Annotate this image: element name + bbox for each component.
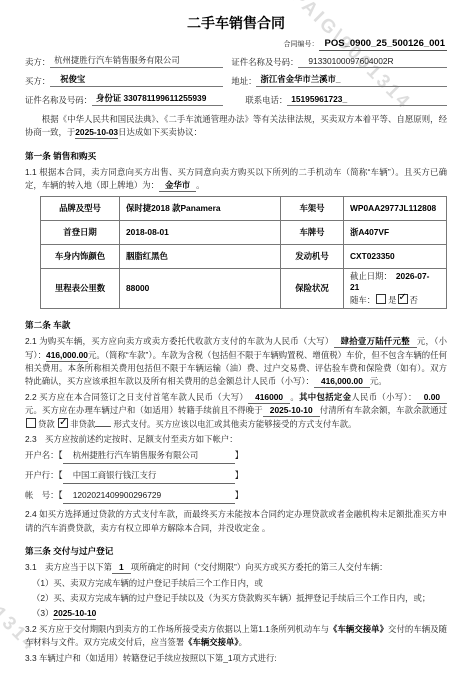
plate-number-value: 浙A407VF bbox=[344, 220, 447, 244]
checkbox-loan bbox=[26, 418, 36, 428]
account-bank-value: 中国工商银行钱江支行 bbox=[63, 468, 235, 484]
engine-number-value: CXT023350 bbox=[344, 244, 447, 268]
buyer-id-value: 身份证 330781199611255939 bbox=[92, 92, 223, 106]
deposit-bold-text: 其中包括定金 bbox=[299, 392, 351, 402]
form-row-3: 证件名称及号码： 身份证 330781199611255939 联系电话： 15… bbox=[25, 92, 447, 106]
account-name-value: 杭州捷胜行汽车销售服务有限公司 bbox=[63, 448, 235, 464]
clause-3-2-text-c: 。 bbox=[239, 637, 247, 647]
deposit-amount: 0.00 bbox=[417, 392, 447, 404]
first-payment-amount: 416000 bbox=[248, 392, 290, 404]
clause-2-2-text-e: 付清所有车款余额，车款余款通过 bbox=[320, 405, 447, 415]
account-bank-label: 开户行： bbox=[25, 470, 59, 480]
bracket-icon: 】 bbox=[235, 490, 243, 500]
bracket-icon: 】 bbox=[235, 450, 243, 460]
seller-id-value: 91330100097604002R bbox=[298, 56, 447, 68]
clause-3-2: 3.2 买方应于交付期限内到卖方的工作场所接受卖方依据以上第1.1条所列机动车与… bbox=[25, 623, 447, 650]
non-loan-option-label: 非贷款 bbox=[70, 419, 95, 429]
checkbox-insurance-yes bbox=[376, 294, 386, 304]
table-row: 车身内饰颜色 胭脂红黑色 发动机号 CXT023350 bbox=[41, 244, 447, 268]
delivery-option-number: 1 bbox=[112, 562, 131, 574]
price-in-words: 肆拾壹万陆仟元整 bbox=[334, 336, 417, 348]
delivery-option-2: （2）买、卖双方完成车辆的过户登记手续以及（为买方贷款购买车辆）抵押登记手续后三… bbox=[25, 592, 447, 605]
preamble: 根据《中华人民共和国民法典》、《二手车流通管理办法》等有关法律法规，买卖双方本着… bbox=[25, 113, 447, 140]
clause-3-3: 3.3 车辆过户和（如适用）转籍登记手续应按照以下第_1项方式进行: bbox=[25, 652, 447, 665]
clause-2-2: 2.2 买方应在本合同签订之日支付首笔车款人民币（大写）416000。其中包括定… bbox=[25, 391, 447, 431]
seller-id-label: 证件名称及号码： bbox=[231, 56, 298, 68]
clause-1-1-end: 。 bbox=[196, 180, 204, 190]
clause-2-2-text-f: 形式支付。买方应该以电汇或其他卖方能够接受的方式支付车款。 bbox=[114, 419, 357, 429]
vehicle-info-table: 品牌及型号 保时捷2018 款Panamera 车架号 WP0AA2977JL1… bbox=[40, 196, 447, 310]
clause-3-1-text-b: 项所确定的时间（“交付期限”）向买方或买方委托的第三人交付车辆： bbox=[131, 562, 388, 572]
clause-2-1: 2.1 为购买车辆，买方应向卖方或卖方委托代收款方支付的车款为人民币（大写）肆拾… bbox=[25, 335, 447, 389]
account-bank-line: 开户行：【中国工商银行钱江支行】 bbox=[25, 468, 447, 484]
contract-number: 合同编号：POS_0900_25_500126_001 bbox=[25, 38, 447, 49]
buyer-id-label: 证件名称及号码： bbox=[25, 94, 92, 106]
brand-model-value: 保时捷2018 款Panamera bbox=[120, 196, 281, 220]
handover-doc-name: 《车辆交接单》 bbox=[329, 624, 388, 634]
clause-3-1-text-a: 3.1 卖方应当于以下第 bbox=[25, 562, 112, 572]
handover-doc-name: 《车辆交接单》 bbox=[184, 637, 238, 647]
plate-number-label: 车牌号 bbox=[281, 220, 344, 244]
buyer-label: 买方： bbox=[25, 75, 50, 87]
blank-line bbox=[95, 418, 111, 427]
seller-value: 杭州捷胜行汽车销售服务有限公司 bbox=[50, 54, 223, 68]
clause-2-4: 2.4 如买方选择通过贷款的方式支付车款，而最终买方未能按本合同约定办理贷款或者… bbox=[25, 508, 447, 535]
agreement-date: 2025-10-03 bbox=[75, 127, 118, 139]
insurance-no-label: 否 bbox=[410, 295, 418, 305]
clause-1-1-text: 1.1 根据本合同，卖方同意向买方出售、买方同意向卖方购买以下所列的二手机动车（… bbox=[25, 167, 447, 190]
contract-page: PAIG\9001314 PAIG\9001314 二手车销售合同 合同编号：P… bbox=[0, 0, 471, 677]
delivery-option-3-label: （3） bbox=[32, 608, 53, 618]
delivery-date: 2025-10-10 bbox=[53, 608, 96, 620]
buyer-value: 祝俊宝 bbox=[50, 73, 223, 87]
account-number-value: 1202021409900296729 bbox=[63, 488, 235, 504]
table-row: 品牌及型号 保时捷2018 款Panamera 车架号 WP0AA2977JL1… bbox=[41, 196, 447, 220]
clause-3-1: 3.1 卖方应当于以下第1项所确定的时间（“交付期限”）向买方或买方委托的第三人… bbox=[25, 561, 447, 574]
vin-label: 车架号 bbox=[281, 196, 344, 220]
table-row: 首登日期 2018-08-01 车牌号 浙A407VF bbox=[41, 220, 447, 244]
color-value: 胭脂红黑色 bbox=[120, 244, 281, 268]
account-name-label: 开户名： bbox=[25, 450, 59, 460]
clause-2-2-text-b: 。 bbox=[290, 392, 299, 402]
seller-label: 卖方： bbox=[25, 56, 50, 68]
registration-city: 金华市 bbox=[159, 180, 196, 192]
checkbox-non-loan bbox=[58, 418, 68, 428]
first-registration-value: 2018-08-01 bbox=[120, 220, 281, 244]
bank-account-block: 开户名：【杭州捷胜行汽车销售服务有限公司】 开户行：【中国工商银行钱江支行】 帐… bbox=[25, 448, 447, 504]
account-number-label: 帐 号： bbox=[25, 490, 59, 500]
preamble-text-2: 日达成如下买卖协议： bbox=[118, 127, 202, 137]
account-name-line: 开户名：【杭州捷胜行汽车销售服务有限公司】 bbox=[25, 448, 447, 464]
bracket-icon: 】 bbox=[235, 470, 243, 480]
account-number-line: 帐 号：【1202021409900296729】 bbox=[25, 488, 447, 504]
insurance-deadline-label: 截止日期： bbox=[350, 271, 392, 281]
clause-3-2-text-a: 3.2 买方应于交付期限内到卖方的工作场所接受卖方依据以上第1.1条所列机动车与 bbox=[25, 624, 329, 634]
clause-2-2-text-a: 2.2 买方应在本合同签订之日支付首笔车款人民币（大写） bbox=[25, 392, 248, 402]
contract-number-label: 合同编号： bbox=[284, 41, 319, 48]
mileage-label: 里程表公里数 bbox=[41, 268, 120, 309]
address-value: 浙江省金华市兰溪市_ bbox=[256, 73, 447, 87]
section1-heading: 第一条 销售和购买 bbox=[25, 150, 447, 162]
insurance-label: 保险状况 bbox=[281, 268, 344, 309]
phone-label: 联系电话： bbox=[245, 94, 287, 106]
address-label: 地址： bbox=[231, 75, 256, 87]
table-row: 里程表公里数 88000 保险状况 截止日期：2026-07-21 随车：是否 bbox=[41, 268, 447, 309]
first-registration-label: 首登日期 bbox=[41, 220, 120, 244]
vin-value: WP0AA2977JL112808 bbox=[344, 196, 447, 220]
loan-option-label: 贷款 bbox=[38, 419, 55, 429]
clause-2-2-text-d: 元。买方应在办理车辆过户和（如适用）转籍手续前且不得晚于 bbox=[25, 405, 263, 415]
section3-heading: 第三条 交付与过户登记 bbox=[25, 545, 447, 557]
page-title: 二手车销售合同 bbox=[25, 13, 447, 33]
price-in-figures: 416,000.00 bbox=[46, 350, 88, 362]
total-amount: 416,000.00 bbox=[314, 376, 370, 388]
contract-number-value: POS_0900_25_500126_001 bbox=[319, 38, 447, 51]
clause-2-1-text-a: 2.1 为购买车辆，买方应向卖方或卖方委托代收款方支付的车款为人民币（大写） bbox=[25, 336, 334, 346]
insurance-yes-label: 是 bbox=[388, 295, 396, 305]
engine-number-label: 发动机号 bbox=[281, 244, 344, 268]
form-row-2: 买方： 祝俊宝 地址： 浙江省金华市兰溪市_ bbox=[25, 73, 447, 87]
balance-due-date: 2025-10-10 bbox=[263, 405, 320, 417]
form-row-1: 卖方： 杭州捷胜行汽车销售服务有限公司 证件名称及号码： 91330100097… bbox=[25, 54, 447, 68]
checkbox-insurance-no bbox=[398, 294, 408, 304]
parties-form: 卖方： 杭州捷胜行汽车销售服务有限公司 证件名称及号码： 91330100097… bbox=[25, 54, 447, 106]
insurance-withcar-label: 随车： bbox=[350, 295, 375, 305]
delivery-option-3: （3）2025-10-10 bbox=[25, 607, 447, 620]
mileage-value: 88000 bbox=[120, 268, 281, 309]
brand-model-label: 品牌及型号 bbox=[41, 196, 120, 220]
section2-heading: 第二条 车款 bbox=[25, 319, 447, 331]
clause-2-3: 2.3 买方应按前述约定按时、足额支付至卖方如下帐户： bbox=[25, 433, 447, 446]
phone-value: 15195961723_ bbox=[287, 94, 447, 106]
clause-2-1-text-d: 元。 bbox=[370, 376, 387, 386]
color-label: 车身内饰颜色 bbox=[41, 244, 120, 268]
delivery-option-1: （1）买、卖双方完成车辆的过户登记手续后三个工作日内，或 bbox=[25, 577, 447, 590]
clause-2-2-text-c: 人民币（小写）： bbox=[351, 392, 416, 402]
insurance-cell: 截止日期：2026-07-21 随车：是否 bbox=[344, 268, 447, 309]
clause-1-1: 1.1 根据本合同，卖方同意向买方出售、买方同意向卖方购买以下所列的二手机动车（… bbox=[25, 166, 447, 193]
